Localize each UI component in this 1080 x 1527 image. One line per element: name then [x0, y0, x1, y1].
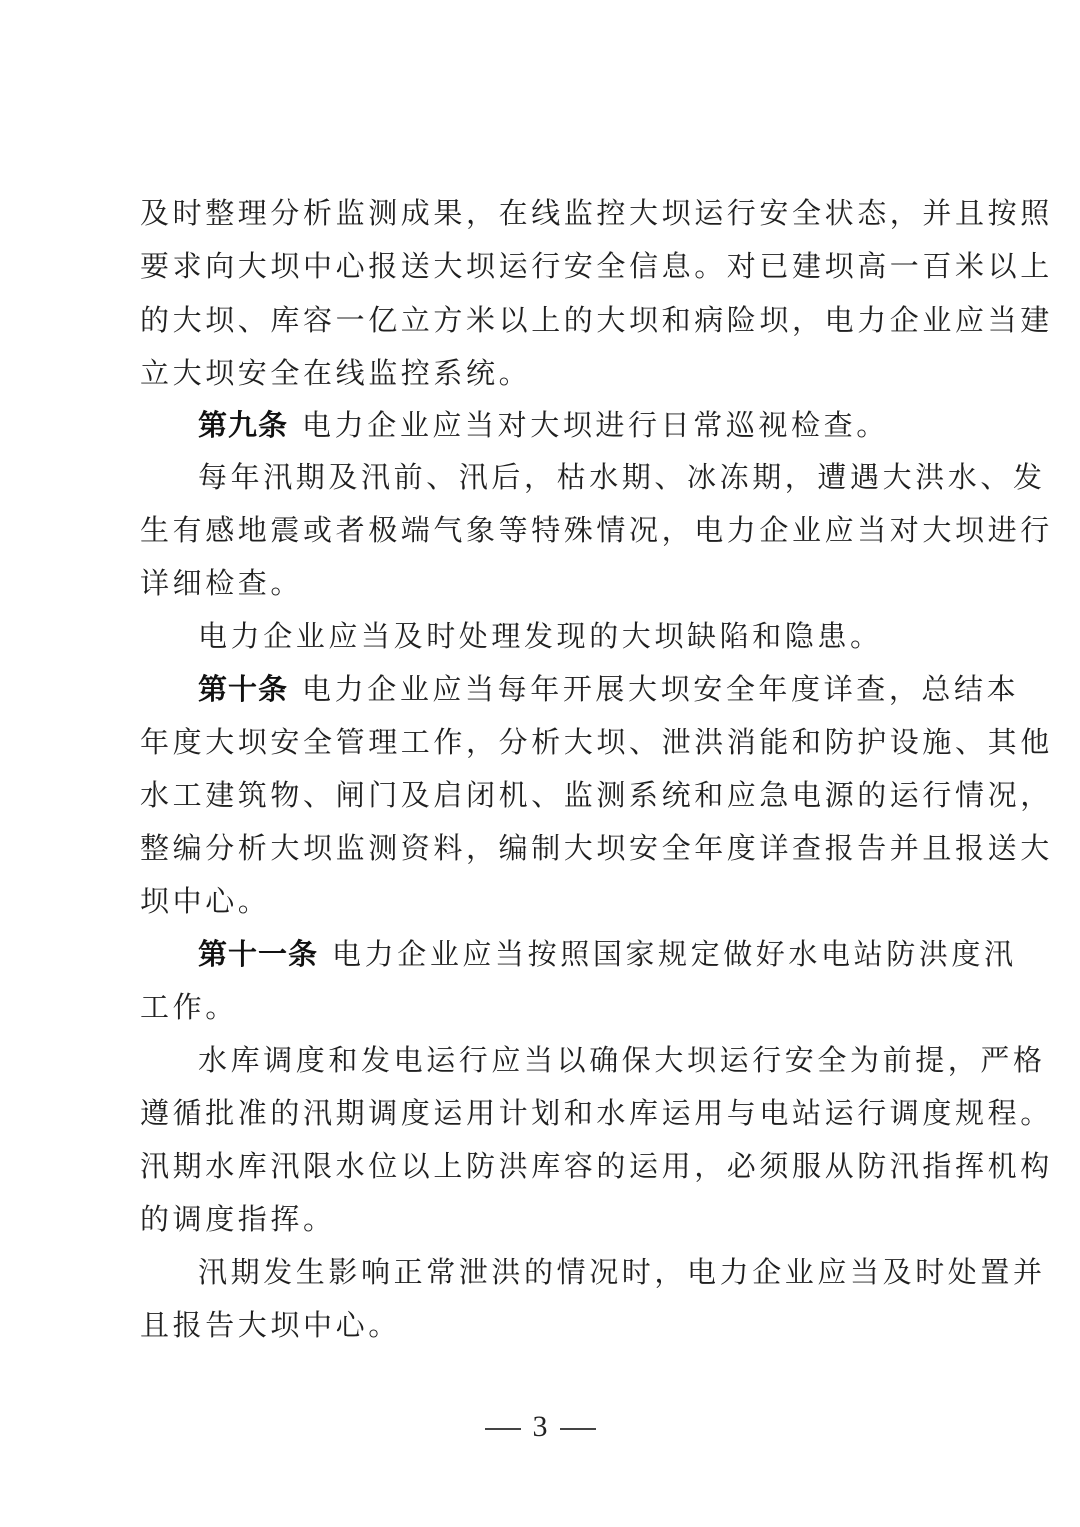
article-9-line: 第九条电力企业应当对大坝进行日常巡视检查。	[198, 399, 998, 451]
body-line: 汛期水库汛限水位以上防洪库容的运用，必须服从防汛指挥机构	[140, 1140, 940, 1192]
article-text: 电力企业应当每年开展大坝安全年度详查，总结本	[302, 672, 1019, 706]
paragraph-start-line: 每年汛期及汛前、汛后，枯水期、冰冻期，遭遇大洪水、发	[198, 451, 998, 503]
article-heading: 第九条	[198, 408, 288, 442]
article-heading: 第十一条	[198, 937, 318, 971]
dash-left	[485, 1428, 521, 1430]
body-line: 的大坝、库容一亿立方米以上的大坝和病险坝，电力企业应当建	[140, 294, 940, 346]
article-text: 电力企业应当对大坝进行日常巡视检查。	[302, 408, 889, 442]
body-line: 年度大坝安全管理工作，分析大坝、泄洪消能和防护设施、其他	[140, 716, 940, 768]
article-heading: 第十条	[198, 672, 288, 706]
body-line: 遵循批准的汛期调度运用计划和水库运用与电站运行调度规程。	[140, 1087, 940, 1139]
body-line: 且报告大坝中心。	[140, 1299, 940, 1351]
document-page: 及时整理分析监测成果，在线监控大坝运行安全状态，并且按照 要求向大坝中心报送大坝…	[0, 0, 1080, 1527]
body-line: 水工建筑物、闸门及启闭机、监测系统和应急电源的运行情况，	[140, 769, 940, 821]
body-line: 生有感地震或者极端气象等特殊情况，电力企业应当对大坝进行	[140, 504, 940, 556]
body-line: 坝中心。	[140, 875, 940, 927]
paragraph-start-line: 电力企业应当及时处理发现的大坝缺陷和隐患。	[198, 610, 998, 662]
paragraph-start-line: 汛期发生影响正常泄洪的情况时，电力企业应当及时处置并	[198, 1246, 998, 1298]
dash-right	[560, 1428, 596, 1430]
article-10-line: 第十条电力企业应当每年开展大坝安全年度详查，总结本	[198, 663, 998, 715]
body-line: 立大坝安全在线监控系统。	[140, 347, 940, 399]
paragraph-start-line: 水库调度和发电运行应当以确保大坝运行安全为前提，严格	[198, 1034, 998, 1086]
page-number: 3	[0, 1410, 1080, 1444]
page-number-value: 3	[533, 1410, 548, 1443]
body-line: 要求向大坝中心报送大坝运行安全信息。对已建坝高一百米以上	[140, 240, 940, 292]
body-line: 整编分析大坝监测资料，编制大坝安全年度详查报告并且报送大	[140, 822, 940, 874]
body-line: 及时整理分析监测成果，在线监控大坝运行安全状态，并且按照	[140, 187, 940, 239]
article-text: 电力企业应当按照国家规定做好水电站防洪度汛	[332, 937, 1017, 971]
body-line: 的调度指挥。	[140, 1193, 940, 1245]
article-11-line: 第十一条电力企业应当按照国家规定做好水电站防洪度汛	[198, 928, 998, 980]
body-line: 详细检查。	[140, 557, 940, 609]
body-line: 工作。	[140, 981, 940, 1033]
